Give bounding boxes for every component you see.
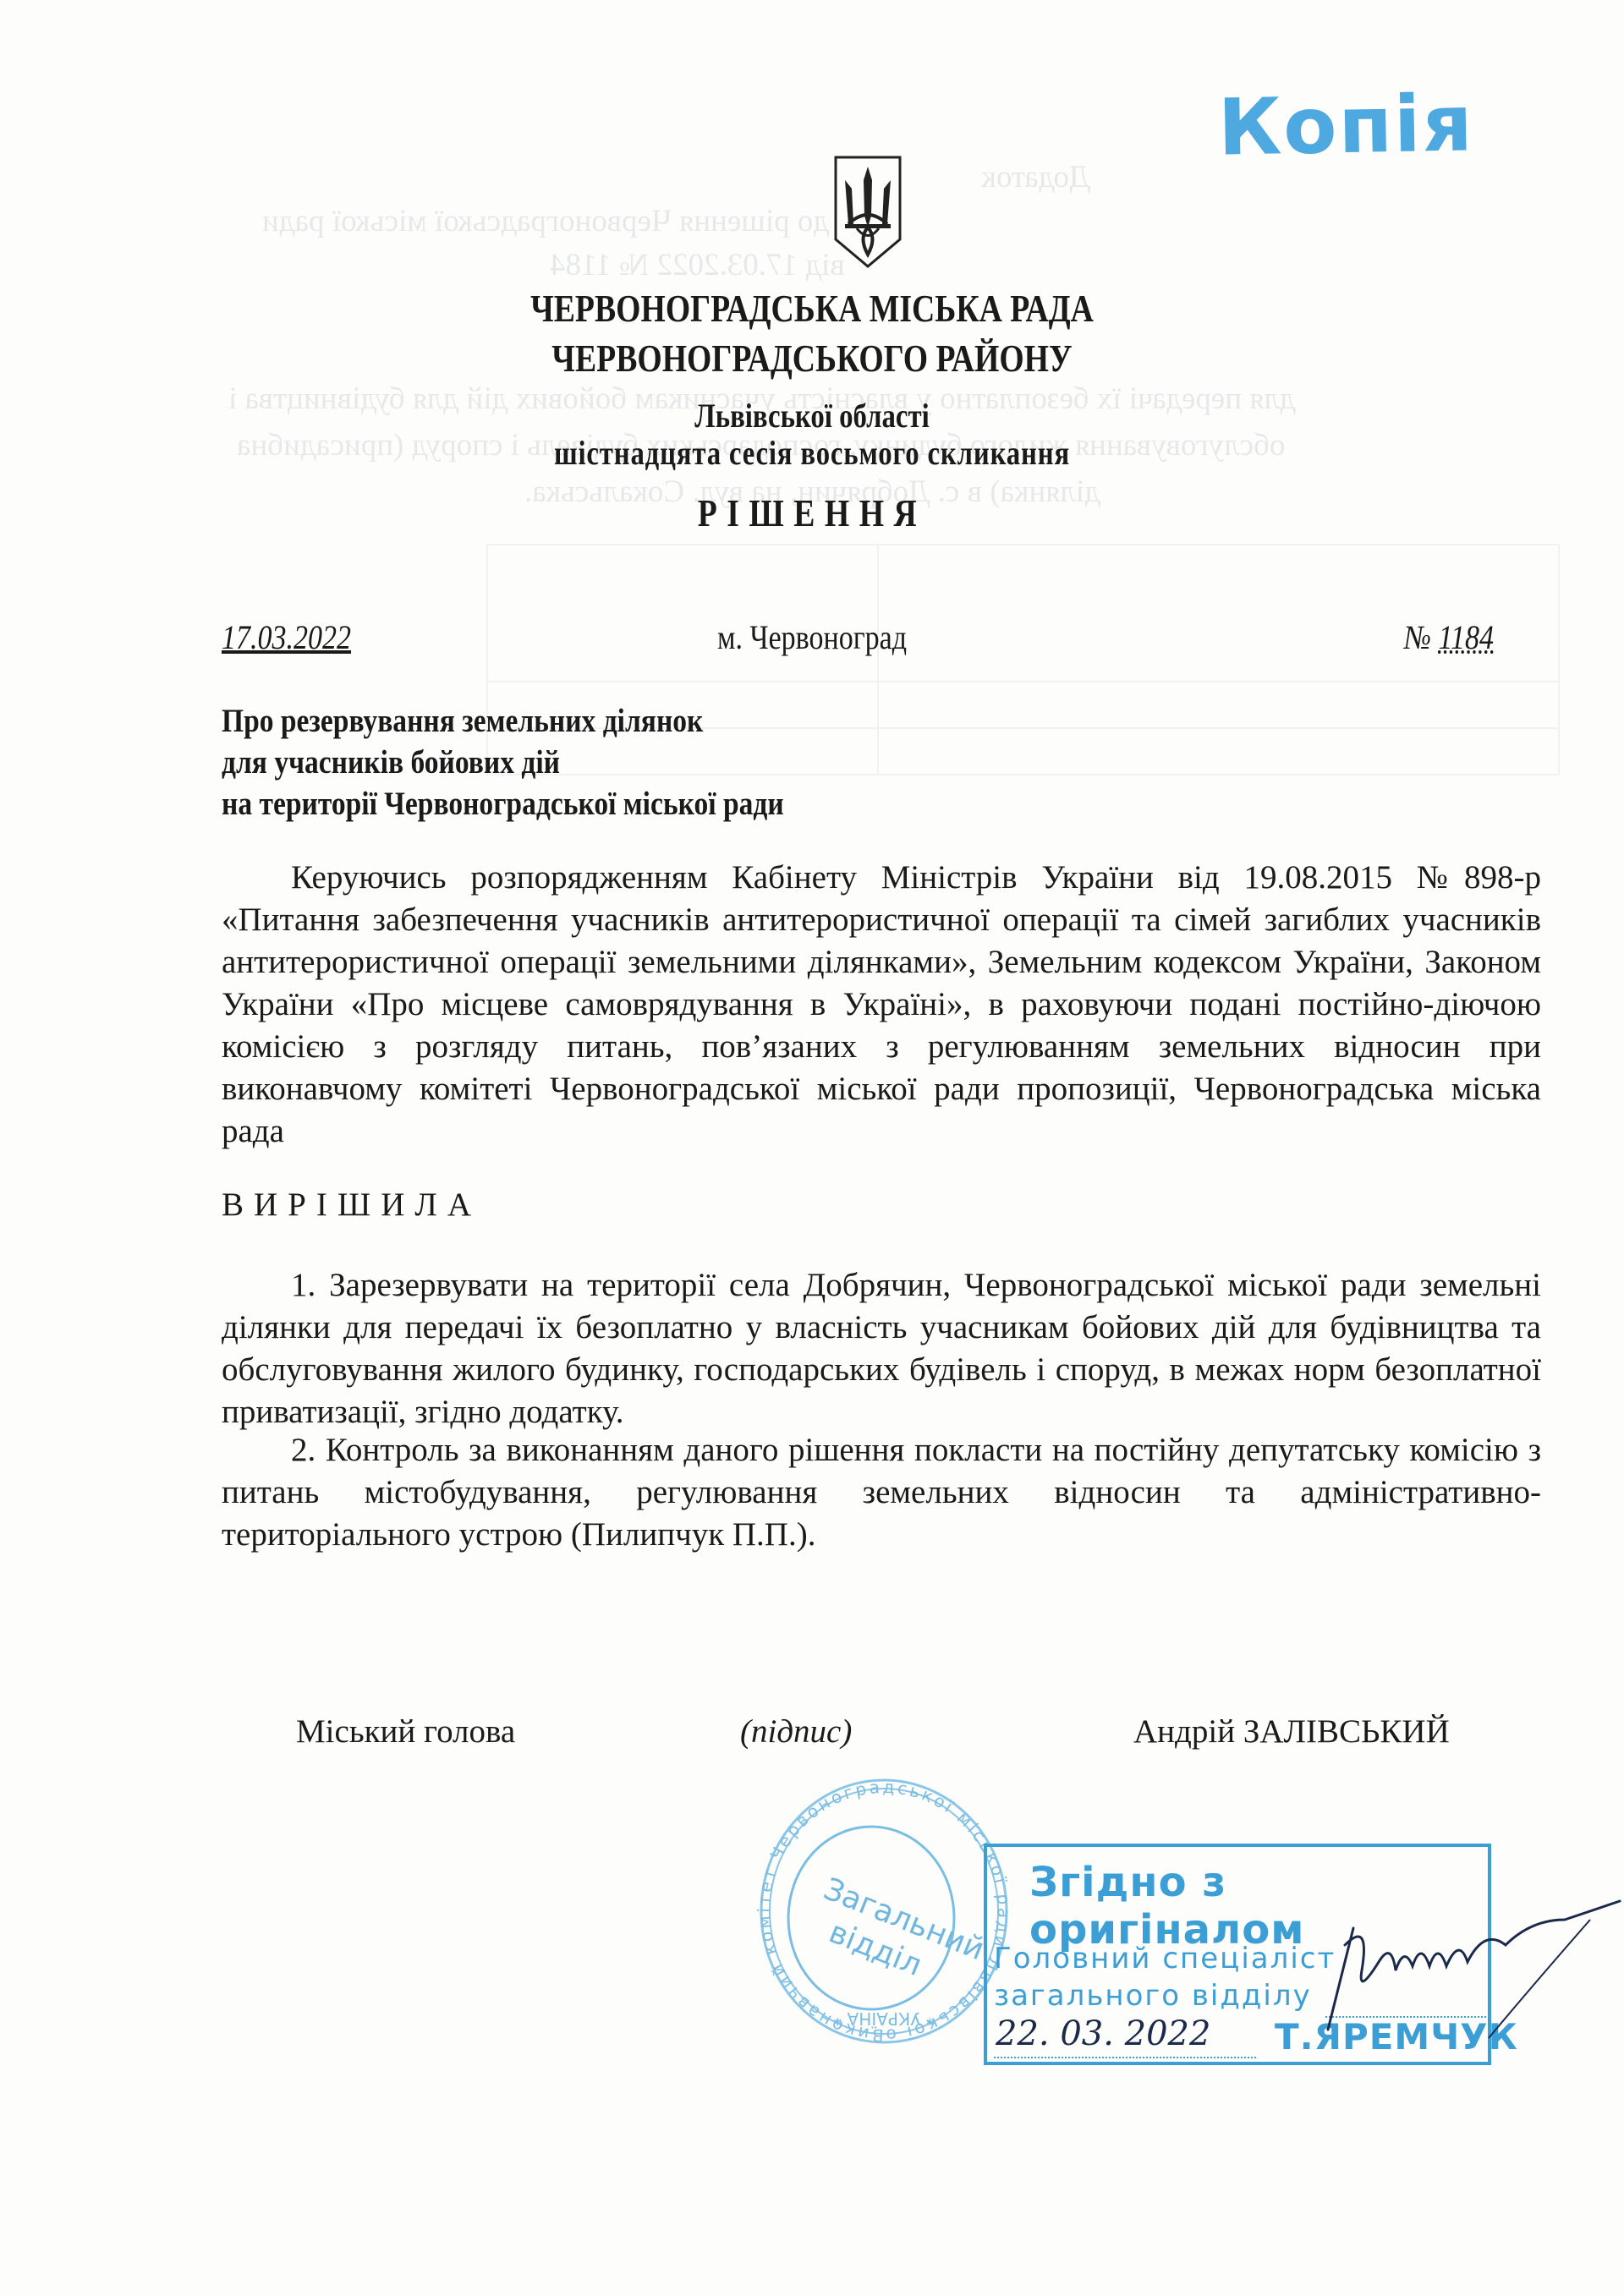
- district-name: ЧЕРВОНОГРАДСЬКОГО РАЙОНУ: [146, 336, 1478, 381]
- subject-line: Про резервування земельних ділянок: [222, 700, 784, 742]
- resolved-heading: ВИРІШИЛА: [222, 1186, 481, 1224]
- certification-position: Головний спеціаліст: [994, 1942, 1336, 1975]
- signature-mark: (підпис): [740, 1712, 852, 1751]
- resolution-item-1: 1. Зарезервувати на території села Добря…: [222, 1264, 1541, 1433]
- bleed-through-line: Додаток: [981, 159, 1090, 195]
- council-name: ЧЕРВОНОГРАДСЬКА МІСЬКА РАДА: [146, 286, 1478, 331]
- session-name: шістнадцята сесія восьмого скликання: [146, 433, 1478, 473]
- document-type: РІШЕННЯ: [146, 490, 1478, 535]
- subject-line: для учасників бойових дій: [222, 742, 784, 783]
- number-prefix: №: [1404, 618, 1431, 656]
- round-seal-icon: Виконавчий комітет Червоноградської місь…: [757, 1776, 1011, 2055]
- subject-line: на території Червоноградської міської ра…: [222, 783, 784, 825]
- certification-date: 22. 03. 2022: [996, 2014, 1210, 2053]
- handwritten-signature-icon: [1319, 1894, 1624, 2047]
- copy-stamp: Копія: [1217, 78, 1474, 173]
- region-name: Львівської області: [146, 396, 1478, 436]
- number-value: 1184: [1439, 618, 1494, 656]
- bleed-through-line: від 17.03.2022 № 1184: [550, 247, 845, 283]
- seal-bottom-text: * УКРАЇНА *: [833, 2008, 934, 2029]
- signatory-name: Андрій ЗАЛІВСЬКИЙ: [1133, 1712, 1450, 1751]
- resolution-item-2: 2. Контроль за виконанням даного рішення…: [222, 1429, 1541, 1556]
- document-page: Додаток до рішення Червоноградської місь…: [0, 0, 1624, 2296]
- signatory-position: Міський голова: [296, 1712, 515, 1751]
- preamble-paragraph: Керуючись розпорядженням Кабінету Мініст…: [222, 857, 1541, 1153]
- preamble-text: Керуючись розпорядженням Кабінету Мініст…: [222, 859, 1541, 1149]
- bleed-through-line: до рішення Червоноградської міської ради: [262, 203, 829, 239]
- coat-of-arms-icon: [833, 155, 903, 269]
- decision-number: № 1184: [1404, 617, 1494, 657]
- resolution-text: 2. Контроль за виконанням даного рішення…: [222, 1432, 1541, 1553]
- decision-city: м. Червоноград: [122, 617, 1502, 657]
- certification-department: загального відділу: [994, 1979, 1312, 2013]
- decision-subject: Про резервування земельних ділянок для у…: [222, 700, 784, 825]
- resolution-text: 1. Зарезервувати на території села Добря…: [222, 1267, 1541, 1430]
